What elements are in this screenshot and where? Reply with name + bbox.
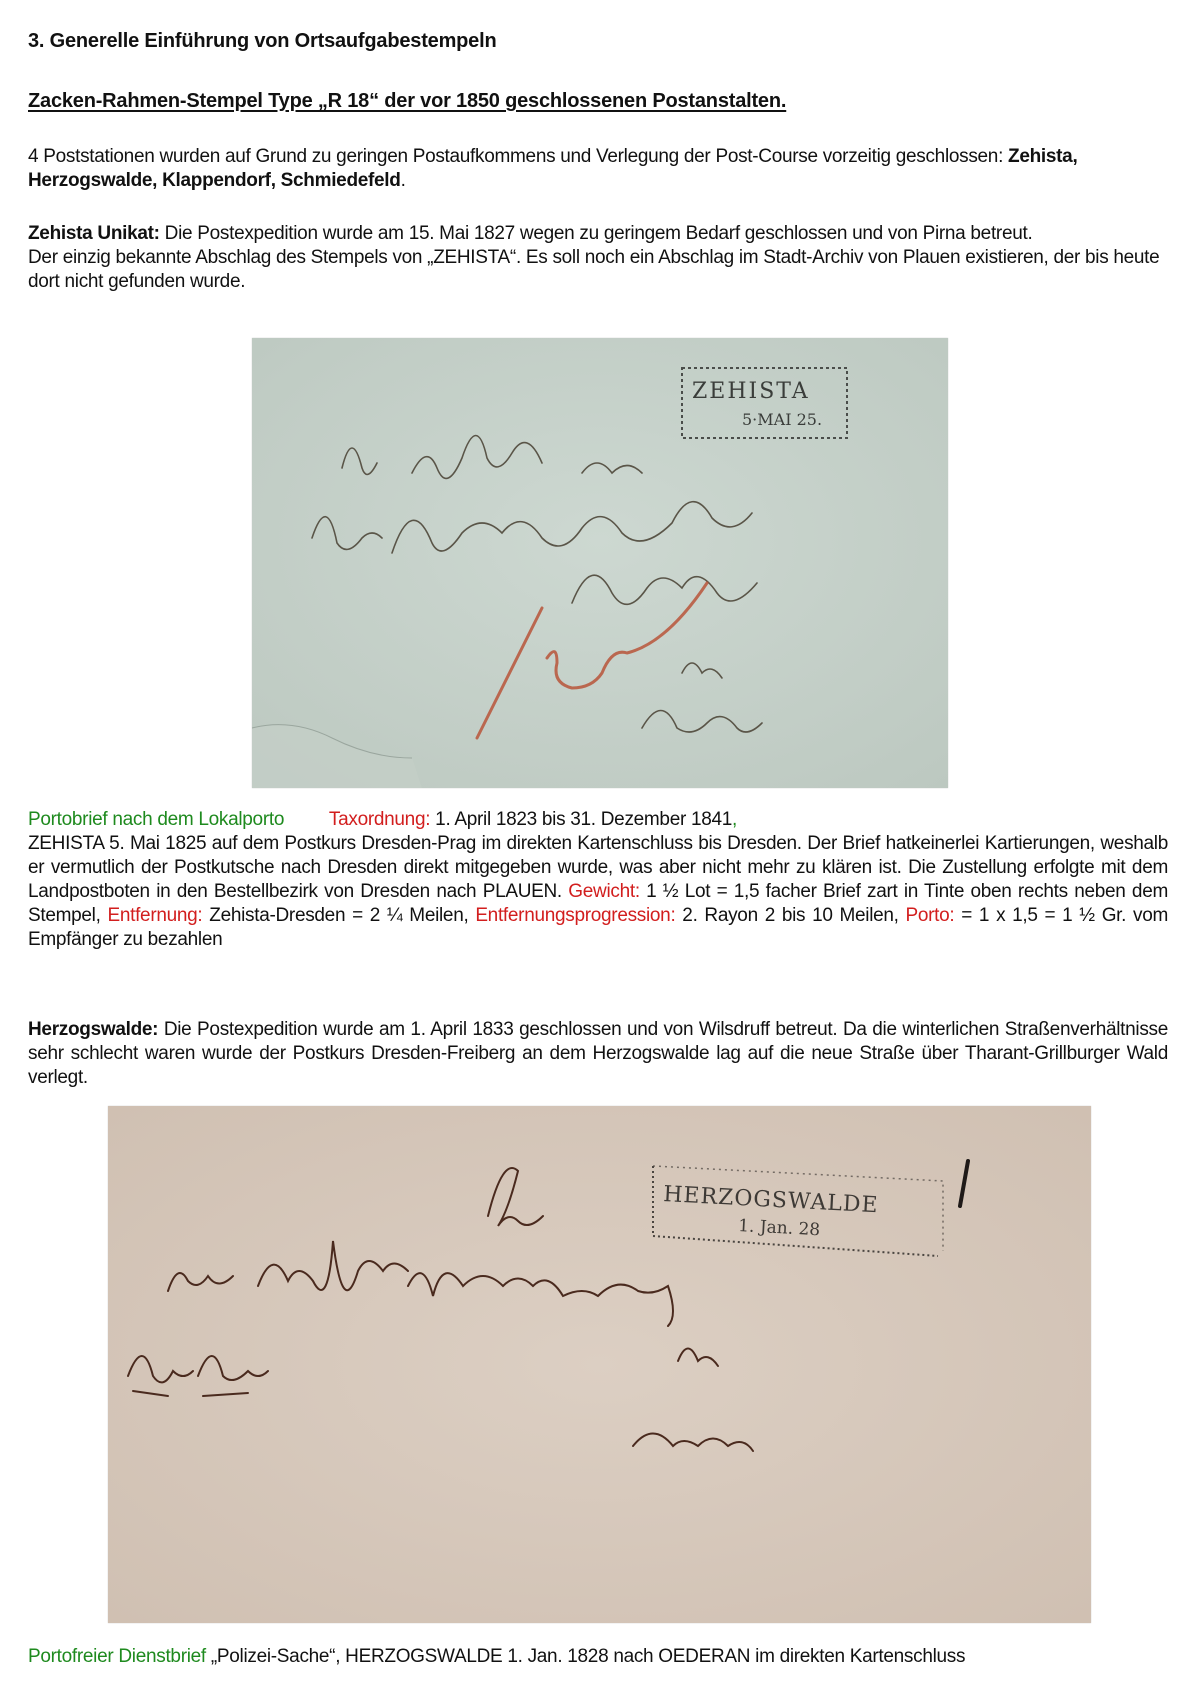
herzogswalde-paragraph: Herzogswalde: Die Postexpedition wurde a… — [28, 1018, 1168, 1090]
caption1-comma: , — [732, 809, 737, 830]
herzogswalde-letter-scan: HERZOGSWALDE 1. Jan. 28 — [108, 1106, 1091, 1623]
zehista-letter-image: ZEHISTA 5·MAI 25. — [252, 338, 948, 788]
caption2-green-label: Portofreier Dienstbrief — [28, 1646, 206, 1667]
zehista-letter-scan: ZEHISTA 5·MAI 25. — [252, 338, 948, 788]
section-title: Zacken-Rahmen-Stempel Type „R 18“ der vo… — [28, 90, 786, 113]
zehista-caption: Portobrief nach dem Lokalporto Taxordnun… — [28, 808, 1168, 952]
zehista-text-1: Die Postexpedition wurde am 15. Mai 1827… — [160, 223, 1033, 244]
caption1-progression-text: 2. Rayon 2 bis 10 Meilen, — [675, 905, 905, 926]
caption1-taxordnung-label: Taxordnung: — [329, 809, 430, 830]
caption2-text: „Polizei-Sache“, HERZOGSWALDE 1. Jan. 18… — [206, 1646, 965, 1667]
caption1-taxordnung-text: 1. April 1823 bis 31. Dezember 1841 — [430, 809, 732, 830]
herzogswalde-label: Herzogswalde: — [28, 1019, 158, 1040]
svg-text:5·MAI 25.: 5·MAI 25. — [742, 410, 822, 429]
caption1-porto-label: Porto: — [906, 905, 955, 926]
caption1-distance-text: Zehista-Dresden = 2 ¼ Meilen, — [202, 905, 475, 926]
caption1-progression-label: Entfernungsprogression: — [475, 905, 675, 926]
herzogswalde-letter-image: HERZOGSWALDE 1. Jan. 28 — [108, 1106, 1091, 1623]
intro-paragraph: 4 Poststationen wurden auf Grund zu geri… — [28, 145, 1168, 193]
intro-text: 4 Poststationen wurden auf Grund zu geri… — [28, 146, 1008, 167]
herzogswalde-caption: Portofreier Dienstbrief „Polizei-Sache“,… — [28, 1645, 1168, 1669]
caption1-green-label: Portobrief nach dem Lokalporto — [28, 809, 284, 830]
zehista-label: Zehista Unikat: — [28, 223, 160, 244]
intro-end: . — [401, 170, 406, 191]
zehista-paragraph: Zehista Unikat: Die Postexpedition wurde… — [28, 222, 1168, 294]
caption1-weight-label: Gewicht: — [568, 881, 640, 902]
svg-text:ZEHISTA: ZEHISTA — [692, 379, 810, 404]
herzogswalde-text: Die Postexpedition wurde am 1. April 183… — [28, 1019, 1168, 1088]
svg-text:1. Jan. 28: 1. Jan. 28 — [738, 1216, 821, 1240]
zehista-text-2: Der einzig bekannte Abschlag des Stempel… — [28, 247, 1159, 292]
caption1-distance-label: Entfernung: — [107, 905, 202, 926]
page-title: 3. Generelle Einführung von Ortsaufgabes… — [28, 30, 496, 53]
caption1-body: ZEHISTA 5. Mai 1825 auf dem Postkurs Dre… — [28, 832, 1168, 952]
